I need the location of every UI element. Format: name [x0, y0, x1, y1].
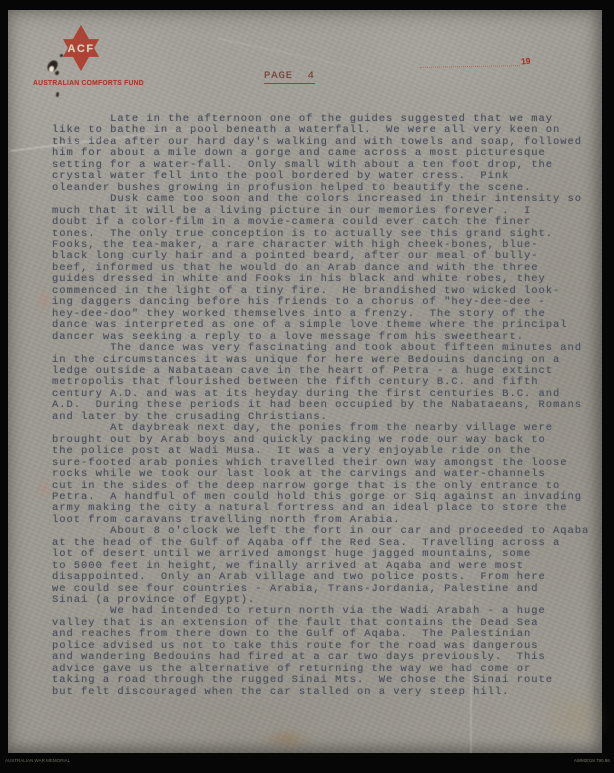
archive-watermark: AUSTRALIAN WAR MEMORIAL	[5, 758, 70, 763]
paper-stain	[38, 286, 50, 314]
typed-paragraph: Late in the afternoon one of the guides …	[52, 114, 598, 194]
typed-paragraph: About 8 o'clock we left the fort in our …	[52, 526, 598, 606]
ink-smudge	[55, 71, 59, 75]
typed-paragraph: The dance was very fascinating and took …	[52, 343, 598, 423]
ink-smudge	[56, 92, 59, 97]
typed-paragraph: At daybreak next day, the ponies from th…	[52, 423, 598, 526]
org-name: AUSTRALIAN COMFORTS FUND	[33, 80, 144, 87]
typed-paragraph: Dusk came too soon and the colors increa…	[52, 194, 598, 343]
letter-paper: ACF AUSTRALIAN COMFORTS FUND PAGE 4 19 L…	[8, 10, 602, 753]
letter-body-text: Late in the afternoon one of the guides …	[52, 114, 598, 698]
letterhead-date-line	[420, 65, 520, 69]
scanned-letter-screenshot: { "letterhead": { "org_abbrev": "ACF", "…	[0, 0, 614, 773]
paper-crease	[218, 38, 414, 81]
paper-stain	[540, 688, 610, 750]
letterhead-date-year: 19	[521, 56, 531, 67]
page-heading: PAGE 4	[264, 70, 315, 84]
typed-paragraph: We had intended to return north via the …	[52, 606, 598, 698]
paper-stain	[38, 478, 50, 500]
paper-stain	[262, 728, 312, 750]
catalog-id-watermark: AWM2018.790.98	[574, 758, 610, 763]
acf-star-letters: ACF	[60, 43, 102, 55]
paper-crease	[470, 598, 472, 753]
